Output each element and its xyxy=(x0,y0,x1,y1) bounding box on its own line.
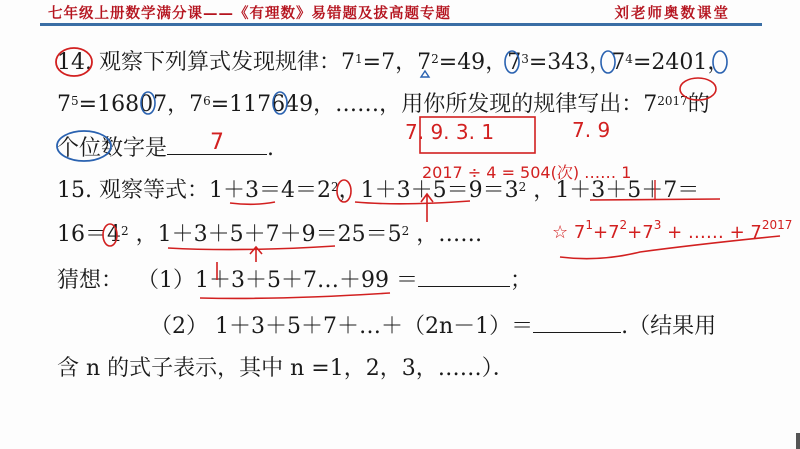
problem15-line2: 16＝42 ，1＋3＋5＋7＋9＝25＝52 ，…… xyxy=(57,222,482,248)
equation-3b: 16＝42 xyxy=(57,222,129,247)
power-7-3: 73=343 xyxy=(507,50,589,75)
problem14-line3: 个位数字是7. xyxy=(57,134,274,162)
scrollbar-thumb[interactable] xyxy=(796,433,800,449)
problem14-line2: 75=16807，76=117649，……，用你所发现的规律写出：72017的 xyxy=(57,92,710,118)
handwritten-answer: 7 xyxy=(167,130,267,156)
q1-answer-blank[interactable] xyxy=(418,266,510,287)
power-7-2: 72=49 xyxy=(417,50,485,75)
equation-4: 1＋3＋5＋7＋9＝25＝52 xyxy=(158,222,410,247)
brand-label: 刘老师奥数课堂 xyxy=(615,2,731,23)
power-7-4: 74=2401 xyxy=(611,50,707,75)
slide-header: 七年级上册数学满分课——《有理数》易错题及拔高题专题 刘老师奥数课堂 xyxy=(40,2,762,24)
q2-answer-blank[interactable] xyxy=(533,312,621,333)
star-icon: ☆ xyxy=(552,222,568,243)
problem14-line1: 14. 观察下列算式发现规律：71=7，72=49，73=343，74=2401… xyxy=(57,50,729,76)
answer-blank[interactable]: 7 xyxy=(167,134,267,155)
power-7-1: 71=7 xyxy=(341,50,395,75)
power-7-6: 76=117649 xyxy=(189,92,313,117)
equation-1: 1＋3＝4＝22 xyxy=(209,178,339,203)
problem-number: 15. xyxy=(57,178,92,203)
cycle-partial-annotation: 7. 9 xyxy=(572,118,610,142)
guess-line3: 含 n 的式子表示，其中 n =1，2，3，……）． xyxy=(57,356,515,382)
guess-line1: 猜想： （1）1＋3＋5＋7…＋99 ＝； xyxy=(57,266,532,294)
problem-number: 14. xyxy=(57,50,92,75)
target-power: 72017 xyxy=(643,92,688,117)
guess-label: 猜想： xyxy=(57,268,123,293)
guess-line2: （2） 1＋3＋5＋7＋…＋（2n－1）＝.（结果用 xyxy=(150,312,716,340)
division-annotation: 2017 ÷ 4 = 504(次) …… 1 xyxy=(422,160,631,183)
power-sum-annotation: ☆ 71+72+73 + …… + 72017 xyxy=(552,222,792,243)
header-rule xyxy=(40,23,762,26)
course-title: 七年级上册数学满分课——《有理数》易错题及拔高题专题 xyxy=(48,2,451,23)
power-7-5: 75=16807 xyxy=(57,92,167,117)
cycle-box-annotation: 7. 9. 3. 1 xyxy=(405,120,494,144)
